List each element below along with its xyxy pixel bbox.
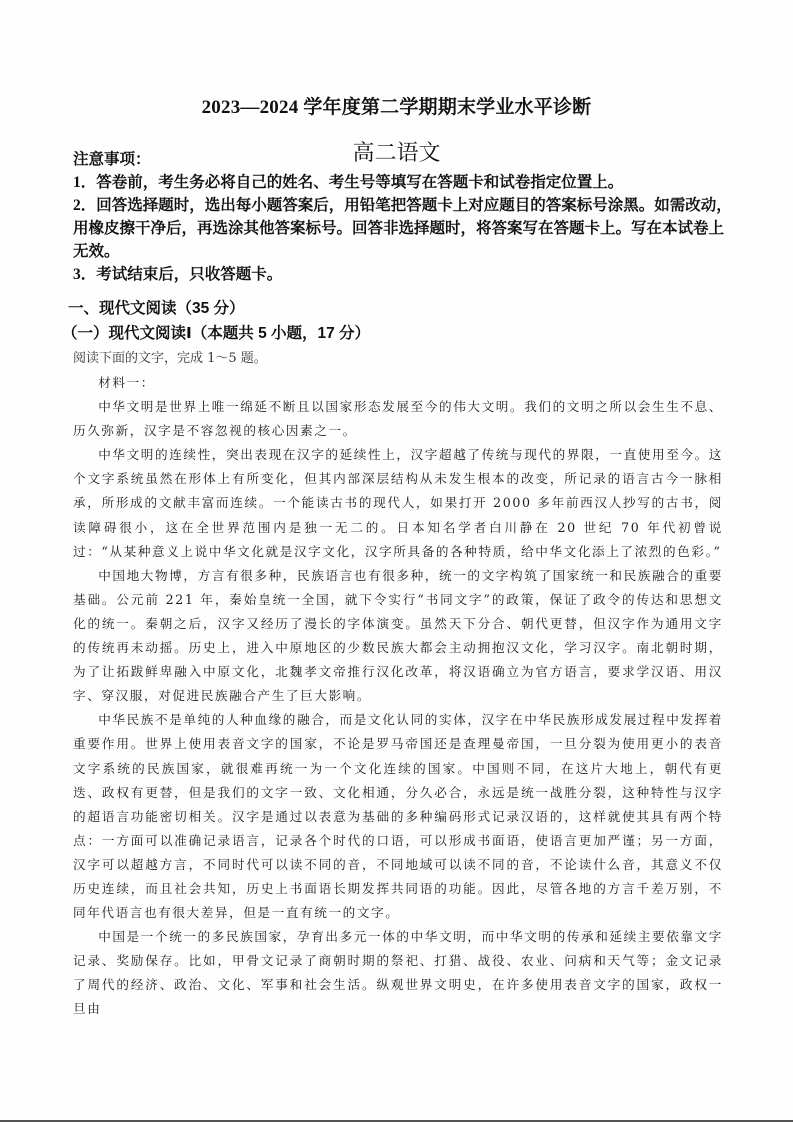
notice-item-number: 1．	[73, 174, 96, 191]
exam-page: 2023—2024 学年度第二学期期末学业水平诊断 高二语文 注意事项： 1．答…	[0, 0, 793, 1122]
notice-item-number: 3．	[73, 266, 96, 283]
notice-item-text: 考试结束后，只收答题卡。	[96, 266, 282, 283]
passage-paragraph: 中华文明是世界上唯一绵延不断且以国家形态发展至今的伟大文明。我们的文明之所以会生…	[73, 395, 723, 443]
notice-item: 2．回答选择题时，选出每小题答案后，用铅笔把答题卡上对应题目的答案标号涂黑。如需…	[73, 194, 733, 263]
passage-paragraph: 中华民族不是单纯的人种血缘的融合，而是文化认同的实体，汉字在中华民族形成发展过程…	[73, 708, 723, 925]
notice-item-number: 2．	[73, 197, 96, 214]
reading-passage: 材料一： 中华文明是世界上唯一绵延不断且以国家形态发展至今的伟大文明。我们的文明…	[73, 371, 723, 1022]
notice-item-text: 答卷前，考生务必将自己的姓名、考生号等填写在答题卡和试卷指定位置上。	[96, 174, 623, 191]
notice-block: 注意事项： 1．答卷前，考生务必将自己的姓名、考生号等填写在答题卡和试卷指定位置…	[73, 148, 733, 286]
exam-title: 2023—2024 学年度第二学期期末学业水平诊断	[0, 92, 793, 119]
passage-paragraph: 中国地大物博，方言有很多种，民族语言也有很多种，统一的文字构筑了国家统一和民族融…	[73, 564, 723, 709]
material-label: 材料一：	[73, 371, 723, 395]
notice-item: 3．考试结束后，只收答题卡。	[73, 263, 733, 286]
notice-label: 注意事项：	[73, 148, 733, 171]
passage-paragraph: 中华文明的连续性，突出表现在汉字的延续性上，汉字超越了传统与现代的界限，一直使用…	[73, 443, 723, 563]
section-subheading: （一）现代文阅读Ⅰ（本题共 5 小题，17 分）	[62, 321, 370, 343]
section-heading: 一、现代文阅读（35 分）	[68, 296, 245, 318]
reading-instruction: 阅读下面的文字，完成 1～5 题。	[73, 347, 267, 366]
notice-item: 1．答卷前，考生务必将自己的姓名、考生号等填写在答题卡和试卷指定位置上。	[73, 171, 733, 194]
passage-paragraph: 中国是一个统一的多民族国家，孕育出多元一体的中华文明，而中华文明的传承和延续主要…	[73, 925, 723, 1021]
notice-item-text: 回答选择题时，选出每小题答案后，用铅笔把答题卡上对应题目的答案标号涂黑。如需改动…	[73, 197, 732, 260]
